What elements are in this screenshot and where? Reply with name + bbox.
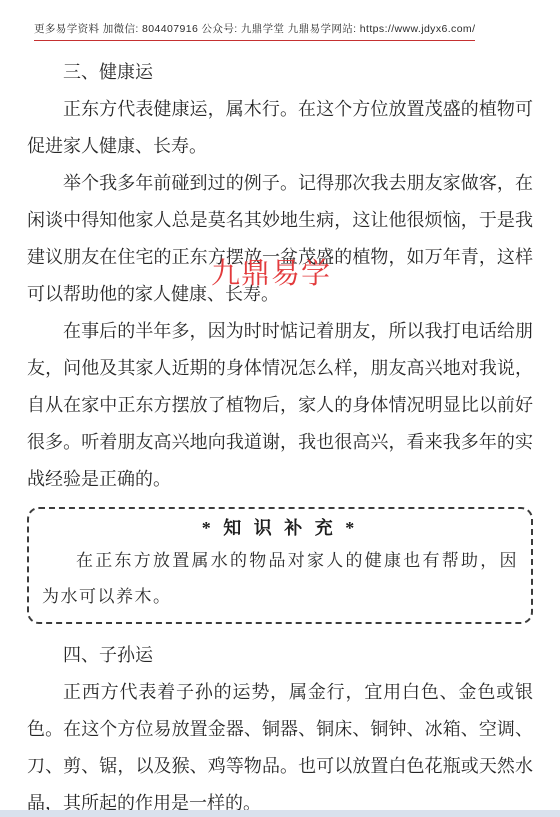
page-header: 更多易学资料 加微信: 804407916 公众号: 九鼎学堂 九鼎易学网站: … xyxy=(34,21,540,41)
paragraph: 举个我多年前碰到过的例子。记得那次我去朋友家做客，在闲谈中得知他家人总是莫名其妙… xyxy=(27,165,533,313)
document-body: 三、健康运 正东方代表健康运，属木行。在这个方位放置茂盛的植物可促进家人健康、长… xyxy=(27,54,533,817)
paragraph: 在事后的半年多，因为时时惦记着朋友，所以我打电话给朋友，问他及其家人近期的身体情… xyxy=(27,313,533,498)
paragraph: 正西方代表着子孙的运势，属金行，宜用白色、金色或银色。在这个方位易放置金器、铜器… xyxy=(27,674,533,817)
document-page: 更多易学资料 加微信: 804407916 公众号: 九鼎学堂 九鼎易学网站: … xyxy=(0,0,560,817)
paragraph: 正东方代表健康运，属木行。在这个方位放置茂盛的植物可促进家人健康、长寿。 xyxy=(27,91,533,165)
knowledge-supplement-box: * 知 识 补 充 * 在正东方放置属水的物品对家人的健康也有帮助，因为水可以养… xyxy=(27,507,533,624)
section-title-descendants-fortune: 四、子孙运 xyxy=(27,637,533,674)
header-promo-text: 更多易学资料 加微信: 804407916 公众号: 九鼎学堂 九鼎易学网站: … xyxy=(34,21,475,41)
knowledge-box-text: 在正东方放置属水的物品对家人的健康也有帮助，因为水可以养木。 xyxy=(42,543,518,615)
knowledge-box-title: * 知 识 补 充 * xyxy=(42,513,518,543)
section-title-health-fortune: 三、健康运 xyxy=(27,54,533,91)
bottom-edge-strip xyxy=(0,810,560,817)
